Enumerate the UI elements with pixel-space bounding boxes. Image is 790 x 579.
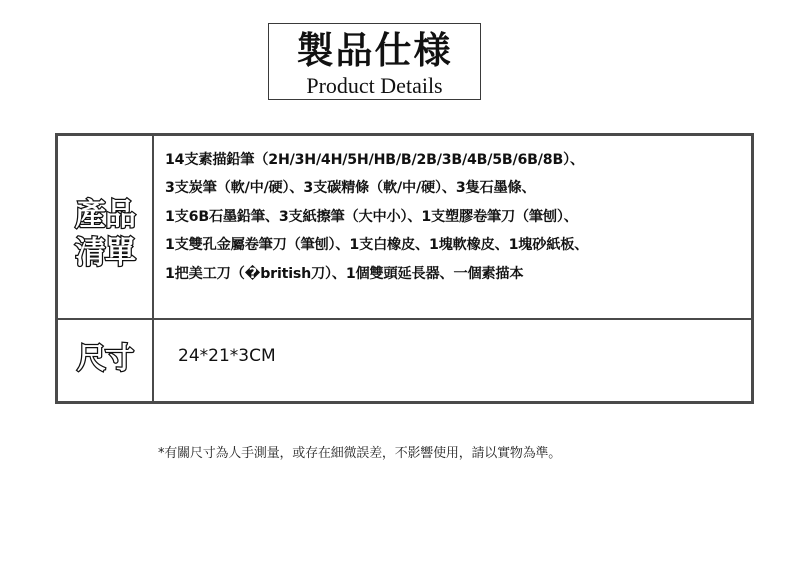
size-label: 尺寸 — [58, 340, 152, 376]
product-list-line: 14支素描鉛筆（2H/3H/4H/5H/HB/B/2B/3B/4B/5B/6B/… — [165, 146, 743, 174]
page-subtitle: Product Details — [269, 74, 480, 98]
row-divider — [58, 318, 751, 320]
column-divider — [152, 136, 154, 401]
title-box: 製品仕様 Product Details — [268, 23, 481, 100]
footnote: *有關尺寸為人手測量，或存在細微誤差，不影響使用，請以實物為準。 — [158, 442, 561, 461]
label-line: 產品 — [58, 196, 152, 234]
product-list-label: 產品 清單 — [58, 196, 152, 272]
page-title: 製品仕様 — [269, 28, 480, 72]
product-list-line: 1把美工刀（�british刀）、1個雙頭延長器、一個素描本 — [165, 260, 743, 288]
product-list-content: 14支素描鉛筆（2H/3H/4H/5H/HB/B/2B/3B/4B/5B/6B/… — [165, 146, 743, 288]
spec-table: 產品 清單 14支素描鉛筆（2H/3H/4H/5H/HB/B/2B/3B/4B/… — [55, 133, 754, 404]
product-list-line: 1支雙孔金屬卷筆刀（筆刨）、1支白橡皮、1塊軟橡皮、1塊砂紙板、 — [165, 231, 743, 259]
product-list-line: 1支6B石墨鉛筆、3支紙擦筆（大中小）、1支塑膠卷筆刀（筆刨）、 — [165, 203, 743, 231]
size-value: 24*21*3CM — [178, 344, 276, 368]
product-list-line: 3支炭筆（軟/中/硬）、3支碳精條（軟/中/硬）、3隻石墨條、 — [165, 174, 743, 202]
label-line: 清單 — [58, 234, 152, 272]
